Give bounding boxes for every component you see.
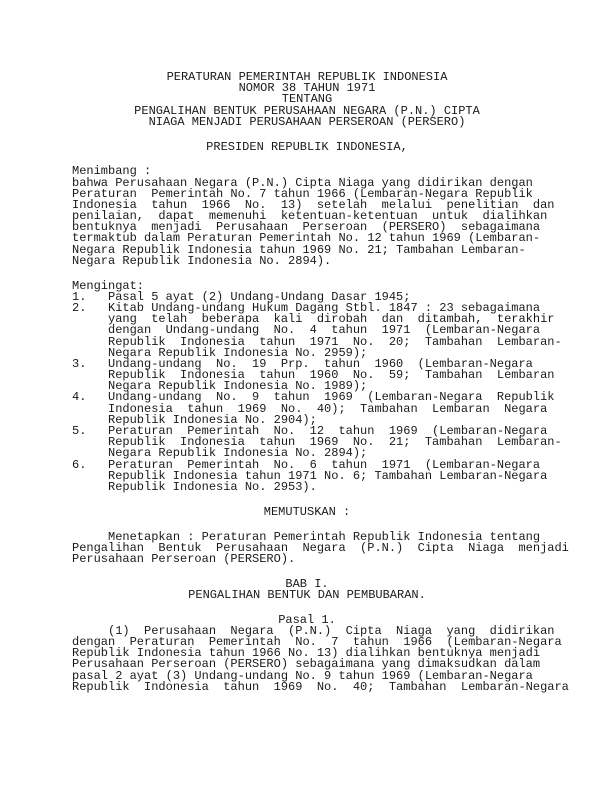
pasal-line: Republik Indonesia tahun 1969 No. 40; Ta…: [72, 682, 542, 693]
list-number: 4.: [72, 392, 86, 403]
mengingat-item: 4.Undang-undang No. 9 tahun 1969 (Lembar…: [72, 392, 542, 426]
title-line: NIAGA MENJADI PERUSAHAAN PERSEROAN (PERS…: [72, 117, 542, 128]
list-item-text: Republik Indonesia No. 2953).: [108, 482, 317, 493]
menimbang-section: Menimbang :bahwa Perusahaan Negara (P.N.…: [72, 166, 542, 267]
document-title: PERATURAN PEMERINTAH REPUBLIK INDONESIA …: [72, 72, 542, 128]
mengingat-item: 5.Peraturan Pemerintah No. 12 tahun 1969…: [72, 426, 542, 460]
pasal-body: (1) Perusahaan Negara (P.N.) Cipta Niaga…: [72, 626, 542, 693]
issuer-heading: PRESIDEN REPUBLIK INDONESIA,: [72, 142, 542, 153]
menetapkan-section: Menetapkan : Peraturan Pemerintah Republ…: [72, 532, 542, 566]
mengingat-item-line: Republik Indonesia No. 2953).: [72, 482, 542, 493]
menetapkan-line: Perusahaan Perseroan (PERSERO).: [72, 554, 542, 565]
document-page: PERATURAN PEMERINTAH REPUBLIK INDONESIA …: [72, 72, 542, 693]
mengingat-item: 6.Peraturan Pemerintah No. 6 tahun 1971 …: [72, 460, 542, 494]
mengingat-item: 2.Kitab Undang-undang Hukum Dagang Stbl.…: [72, 303, 542, 359]
menimbang-line: Negara Republik Indonesia No. 2894).: [72, 256, 542, 267]
mengingat-item: 3.Undang-undang No. 19 Prp. tahun 1960 (…: [72, 359, 542, 393]
list-number: 2.: [72, 303, 86, 314]
list-number: 6.: [72, 460, 86, 471]
memutuskan-heading: MEMUTUSKAN :: [72, 507, 542, 518]
list-number: 3.: [72, 359, 86, 370]
list-number: 5.: [72, 426, 86, 437]
bab-title: PENGALIHAN BENTUK DAN PEMBUBARAN.: [72, 590, 542, 601]
mengingat-section: Mengingat:1.Pasal 5 ayat (2) Undang-Unda…: [72, 281, 542, 494]
